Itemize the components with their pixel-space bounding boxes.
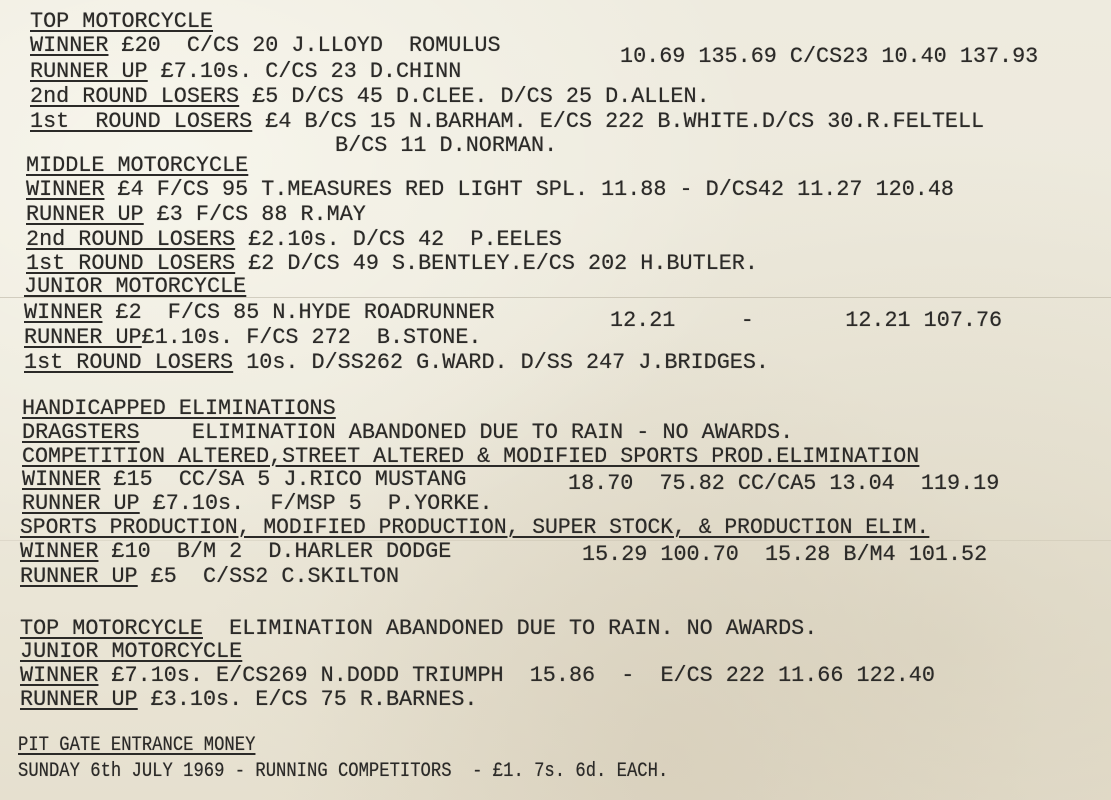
result-times: 15.29 100.70 15.28 B/M4 101.52 [582, 543, 987, 567]
result-line-winner: WINNER £15 CC/SA 5 J.RICO MUSTANG [22, 468, 466, 492]
result-label: RUNNER UP [20, 687, 138, 712]
result-line-runner-up: RUNNER UP £7.10s. F/MSP 5 P.YORKE. [22, 492, 493, 516]
result-times: 18.70 75.82 CC/CA5 13.04 119.19 [568, 472, 999, 496]
result-label: RUNNER UP [24, 325, 142, 350]
result-label: WINNER [24, 300, 102, 325]
result-line-runner-up: RUNNER UP£1.10s. F/CS 272 B.STONE. [24, 326, 481, 350]
result-text: £20 C/CS 20 J.LLOYD ROMULUS [108, 33, 500, 58]
heading-text: JUNIOR MOTORCYCLE [20, 639, 242, 664]
result-text: ELIMINATION ABANDONED DUE TO RAIN - NO A… [140, 420, 794, 445]
heading-text: JUNIOR MOTORCYCLE [24, 274, 246, 299]
result-label: WINNER [22, 467, 100, 492]
result-text: £4 B/CS 15 N.BARHAM. E/CS 222 B.WHITE.D/… [252, 109, 984, 134]
result-times: 10.69 135.69 C/CS23 10.40 137.93 [620, 45, 1038, 69]
result-label: WINNER [26, 177, 104, 202]
heading-text: MIDDLE MOTORCYCLE [26, 153, 248, 178]
result-text: £2 F/CS 85 N.HYDE ROADRUNNER [102, 300, 494, 325]
result-text: £2.10s. D/CS 42 P.EELES [235, 227, 562, 252]
result-times: 12.21 - 12.21 107.76 [610, 309, 1002, 333]
result-text: £5 C/SS2 C.SKILTON [138, 564, 399, 589]
section-heading-competition-altered: COMPETITION ALTERED,STREET ALTERED & MOD… [22, 445, 919, 469]
result-text: B/CS 11 D.NORMAN. [335, 133, 557, 158]
result-line-continuation: B/CS 11 D.NORMAN. [335, 134, 557, 158]
section-heading-pit-gate-entrance-money: PIT GATE ENTRANCE MONEY [18, 734, 255, 758]
result-line-winner: WINNER £7.10s. E/CS269 N.DODD TRIUMPH 15… [20, 664, 935, 688]
result-line-1st-round-losers: 1st ROUND LOSERS 10s. D/SS262 G.WARD. D/… [24, 351, 769, 375]
result-label: 1st ROUND LOSERS [30, 109, 252, 134]
result-label: 2nd ROUND LOSERS [26, 227, 235, 252]
result-text: £1.10s. F/CS 272 B.STONE. [142, 325, 482, 350]
heading-text: COMPETITION ALTERED,STREET ALTERED & MOD… [22, 444, 919, 469]
section-heading-sports-production: SPORTS PRODUCTION, MODIFIED PRODUCTION, … [20, 516, 929, 540]
section-heading-top-motorcycle-abandoned: TOP MOTORCYCLE ELIMINATION ABANDONED DUE… [20, 617, 817, 641]
result-label: RUNNER UP [26, 202, 144, 227]
heading-text: PIT GATE ENTRANCE MONEY [18, 734, 255, 757]
result-text: £4 F/CS 95 T.MEASURES RED LIGHT SPL. 11.… [104, 177, 954, 202]
result-text: £7.10s. E/CS269 N.DODD TRIUMPH 15.86 - E… [98, 663, 934, 688]
times-text: 10.69 135.69 C/CS23 10.40 137.93 [620, 44, 1038, 69]
result-text: £7.10s. F/MSP 5 P.YORKE. [140, 491, 493, 516]
result-line-winner: WINNER £20 C/CS 20 J.LLOYD ROMULUS [30, 34, 501, 58]
section-heading-junior-motorcycle: JUNIOR MOTORCYCLE [24, 275, 246, 299]
result-text: £3.10s. E/CS 75 R.BARNES. [138, 687, 478, 712]
result-label: WINNER [20, 539, 98, 564]
result-label: DRAGSTERS [22, 420, 140, 445]
times-text: 12.21 - 12.21 107.76 [610, 308, 1002, 333]
times-text: 18.70 75.82 CC/CA5 13.04 119.19 [568, 471, 999, 496]
result-label: 1st ROUND LOSERS [24, 350, 233, 375]
result-text: £7.10s. C/CS 23 D.CHINN [148, 59, 462, 84]
result-line-runner-up: RUNNER UP £5 C/SS2 C.SKILTON [20, 565, 399, 589]
result-label: RUNNER UP [20, 564, 138, 589]
heading-text: SPORTS PRODUCTION, MODIFIED PRODUCTION, … [20, 515, 929, 540]
result-label: RUNNER UP [22, 491, 140, 516]
abandoned-note: ELIMINATION ABANDONED DUE TO RAIN. NO AW… [203, 616, 817, 641]
section-heading-middle-motorcycle: MIDDLE MOTORCYCLE [26, 154, 248, 178]
times-text: 15.29 100.70 15.28 B/M4 101.52 [582, 542, 987, 567]
result-line-1st-round-losers: 1st ROUND LOSERS £4 B/CS 15 N.BARHAM. E/… [30, 110, 984, 134]
heading-text: TOP MOTORCYCLE [20, 616, 203, 641]
result-text: £10 B/M 2 D.HARLER DODGE [98, 539, 451, 564]
section-heading-top-motorcycle: TOP MOTORCYCLE [30, 10, 213, 34]
result-label: RUNNER UP [30, 59, 148, 84]
result-line-runner-up: RUNNER UP £7.10s. C/CS 23 D.CHINN [30, 60, 461, 84]
heading-text: TOP MOTORCYCLE [30, 9, 213, 34]
result-line-winner: WINNER £4 F/CS 95 T.MEASURES RED LIGHT S… [26, 178, 954, 202]
result-line-dragsters: DRAGSTERS ELIMINATION ABANDONED DUE TO R… [22, 421, 793, 445]
result-line-runner-up: RUNNER UP £3 F/CS 88 R.MAY [26, 203, 366, 227]
result-line-runner-up: RUNNER UP £3.10s. E/CS 75 R.BARNES. [20, 688, 477, 712]
result-label: WINNER [30, 33, 108, 58]
entrance-fee-line: SUNDAY 6th JULY 1969 - RUNNING COMPETITO… [18, 760, 668, 784]
result-line-1st-round-losers: 1st ROUND LOSERS £2 D/CS 49 S.BENTLEY.E/… [26, 252, 758, 276]
section-heading-handicapped-eliminations: HANDICAPPED ELIMINATIONS [22, 397, 336, 421]
result-label: WINNER [20, 663, 98, 688]
entrance-fee-text: SUNDAY 6th JULY 1969 - RUNNING COMPETITO… [18, 760, 668, 783]
result-text: £3 F/CS 88 R.MAY [144, 202, 366, 227]
result-line-winner: WINNER £10 B/M 2 D.HARLER DODGE [20, 540, 451, 564]
result-line-winner: WINNER £2 F/CS 85 N.HYDE ROADRUNNER [24, 301, 495, 325]
result-text: £2 D/CS 49 S.BENTLEY.E/CS 202 H.BUTLER. [235, 251, 758, 276]
result-text: £5 D/CS 45 D.CLEE. D/CS 25 D.ALLEN. [239, 84, 710, 109]
result-text: 10s. D/SS262 G.WARD. D/SS 247 J.BRIDGES. [233, 350, 769, 375]
heading-text: HANDICAPPED ELIMINATIONS [22, 396, 336, 421]
result-text: £15 CC/SA 5 J.RICO MUSTANG [100, 467, 466, 492]
section-heading-junior-motorcycle: JUNIOR MOTORCYCLE [20, 640, 242, 664]
result-label: 1st ROUND LOSERS [26, 251, 235, 276]
result-line-2nd-round-losers: 2nd ROUND LOSERS £5 D/CS 45 D.CLEE. D/CS… [30, 85, 710, 109]
result-label: 2nd ROUND LOSERS [30, 84, 239, 109]
result-line-2nd-round-losers: 2nd ROUND LOSERS £2.10s. D/CS 42 P.EELES [26, 228, 562, 252]
